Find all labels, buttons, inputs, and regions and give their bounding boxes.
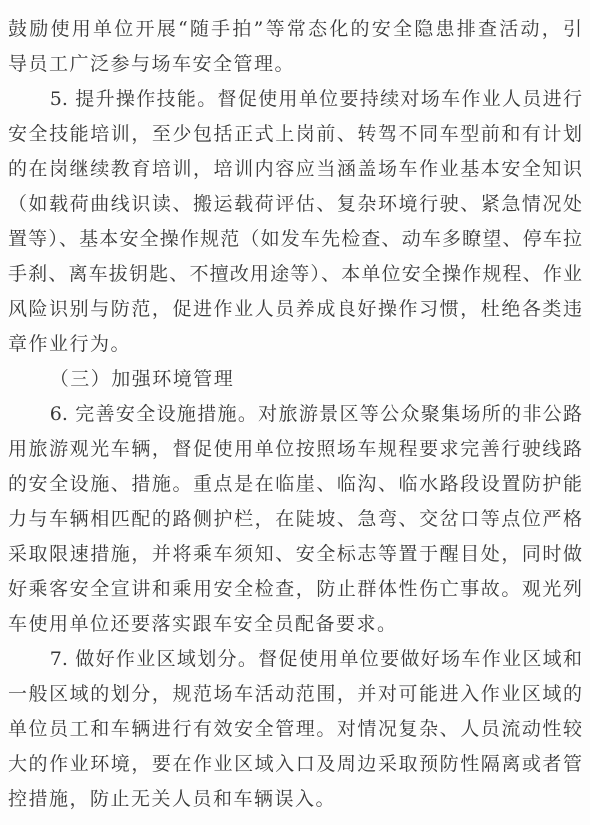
text-line: 安全技能培训，至少包括正式上岗前、转驾不同车型前和有计划 <box>8 117 582 152</box>
text-line-item-7: 7. 做好作业区域划分。督促使用单位要做好场车作业区域和 <box>8 642 582 677</box>
text-line: 好乘客安全宣讲和乘用安全检查，防止群体性伤亡事故。观光列 <box>8 572 582 607</box>
section-heading: （三）加强环境管理 <box>8 362 582 397</box>
text-line: 用旅游观光车辆，督促使用单位按照场车规程要求完善行驶线路 <box>8 432 582 467</box>
text-line: 鼓励使用单位开展“随手拍”等常态化的安全隐患排查活动，引 <box>8 12 582 47</box>
text-line: 车使用单位还要落实跟车安全员配备要求。 <box>8 607 582 642</box>
text-line-item-6: 6. 完善安全设施措施。对旅游景区等公众聚集场所的非公路 <box>8 397 582 432</box>
text-line: 一般区域的划分，规范场车活动范围，并对可能进入作业区域的 <box>8 677 582 712</box>
text-line: 大的作业环境，要在作业区域入口及周边采取预防性隔离或者管 <box>8 747 582 782</box>
text-line: 力与车辆相匹配的路侧护栏，在陡坡、急弯、交岔口等点位严格 <box>8 502 582 537</box>
text-line: 采取限速措施，并将乘车须知、安全标志等置于醒目处，同时做 <box>8 537 582 572</box>
text-line: 风险识别与防范，促进作业人员养成良好操作习惯，杜绝各类违 <box>8 292 582 327</box>
text-line: 章作业行为。 <box>8 327 582 362</box>
text-line: 手刹、离车拔钥匙、不擅改用途等）、本单位安全操作规程、作业 <box>8 257 582 292</box>
text-line-item-5: 5. 提升操作技能。督促使用单位要持续对场车作业人员进行 <box>8 82 582 117</box>
text-line: （如载荷曲线识读、搬运载荷评估、复杂环境行驶、紧急情况处 <box>8 187 582 222</box>
text-line: 的在岗继续教育培训，培训内容应当涵盖场车作业基本安全知识 <box>8 152 582 187</box>
text-line: 导员工广泛参与场车安全管理。 <box>8 47 582 82</box>
text-line: 置等）、基本安全操作规范（如发车先检查、动车多瞭望、停车拉 <box>8 222 582 257</box>
text-line: 控措施，防止无关人员和车辆误入。 <box>8 782 582 817</box>
document-page: 鼓励使用单位开展“随手拍”等常态化的安全隐患排查活动，引 导员工广泛参与场车安全… <box>0 0 590 825</box>
text-line: 的安全设施、措施。重点是在临崖、临沟、临水路段设置防护能 <box>8 467 582 502</box>
text-line: 单位员工和车辆进行有效安全管理。对情况复杂、人员流动性较 <box>8 712 582 747</box>
